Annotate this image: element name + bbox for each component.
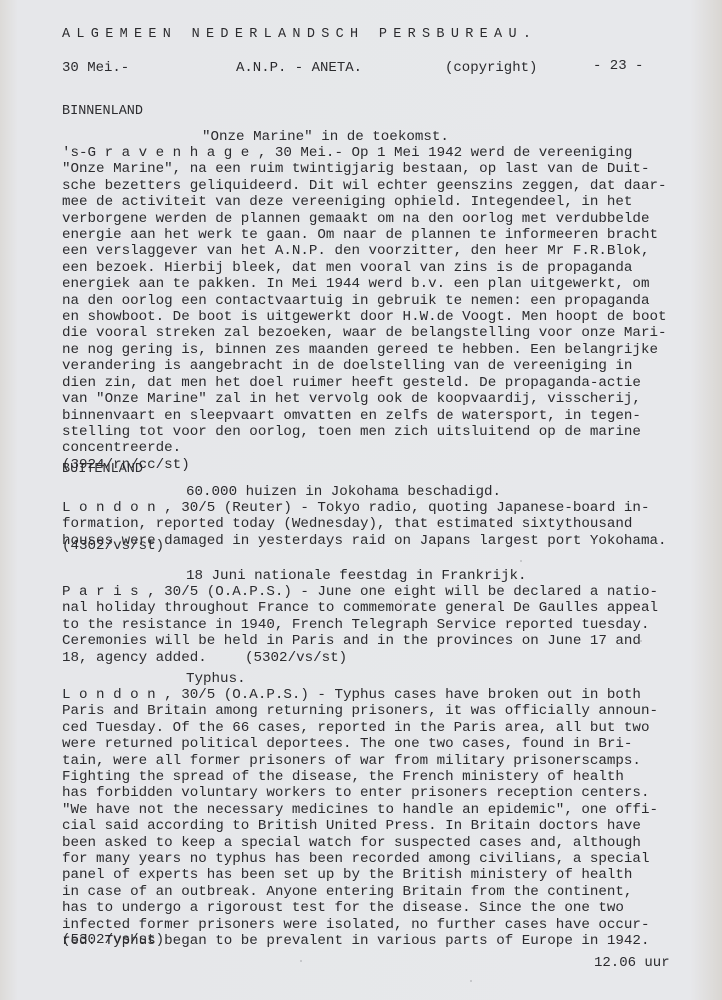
paper-speck xyxy=(520,560,522,562)
paper-speck xyxy=(640,640,642,642)
article-reference: (3924/rn/cc/st) xyxy=(62,457,702,473)
article-title: 60.000 huizen in Jokohama beschadigd. xyxy=(186,484,501,500)
article-title: 18 Juni nationale feestdag in Frankrijk. xyxy=(186,568,527,584)
article-reference: (5302/vs/st) xyxy=(245,650,347,666)
article-title: Typhus. xyxy=(186,671,246,687)
page-number: - 23 - xyxy=(593,58,643,74)
paper-speck xyxy=(470,980,472,982)
paper-speck xyxy=(300,960,302,962)
bulletin-date: 30 Mei.- xyxy=(62,60,129,76)
agency-name: A.N.P. - ANETA. xyxy=(236,60,362,76)
article-body: 's-G r a v e n h a g e , 30 Mei.- Op 1 M… xyxy=(62,145,702,457)
article-body: L o n d o n , 30/5 (O.A.P.S.) - Typhus c… xyxy=(62,687,702,950)
article-reference: (5302/vs/st) xyxy=(62,932,702,948)
copyright-note: (copyright) xyxy=(445,60,537,76)
section-heading-binnenland: BINNENLAND xyxy=(62,104,143,119)
footer-time: 12.06 uur xyxy=(594,955,670,971)
article-body: P a r i s , 30/5 (O.A.P.S.) - June one e… xyxy=(62,584,702,666)
article-title: "Onze Marine" in de toekomst. xyxy=(202,129,449,145)
typewritten-bulletin-page: ALGEMEEN NEDERLANDSCH PERSBUREAU. 30 Mei… xyxy=(0,0,722,1000)
masthead: ALGEMEEN NEDERLANDSCH PERSBUREAU. xyxy=(62,27,537,42)
section-heading-buitenland: BUITENLAND xyxy=(62,462,143,477)
paper-speck xyxy=(400,600,402,602)
article-reference: (4302/vs/st) xyxy=(62,538,702,554)
